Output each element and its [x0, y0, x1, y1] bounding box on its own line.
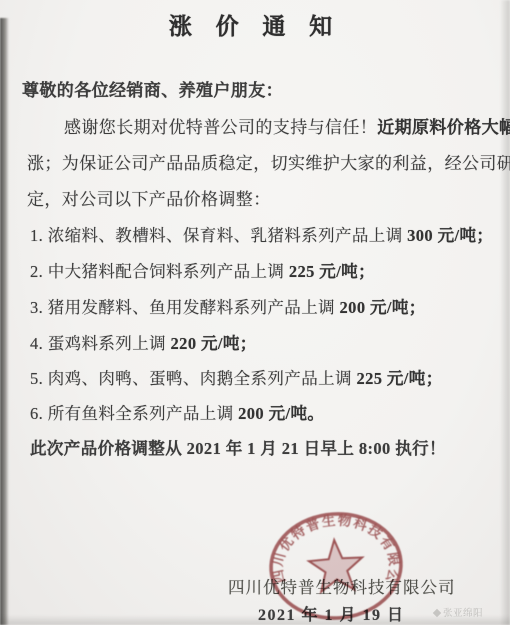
price-item-2-text: 2. 中大猪料配合饲料系列产品上调: [30, 262, 289, 281]
price-item-2-amount: 225 元/吨；: [289, 262, 375, 281]
price-item-4: 4. 蛋鸡料系列上调 220 元/吨；: [30, 330, 257, 354]
paragraph-line-1: 感谢您长期对优特普公司的支持与信任！近期原料价格大幅上: [64, 113, 510, 138]
price-item-5-text: 5. 肉鸡、肉鸭、蛋鸭、肉鹅全系列产品上调: [30, 369, 356, 388]
price-item-3: 3. 猪用发酵料、鱼用发酵料系列产品上调 200 元/吨；: [30, 294, 426, 318]
price-item-4-amount: 220 元/吨；: [171, 334, 257, 353]
price-item-1: 1. 浓缩料、教槽料、保育料、乳猪料系列产品上调 300 元/吨；: [30, 222, 493, 246]
price-notice-photo: 涨 价 通 知 尊敬的各位经销商、养殖户朋友： 感谢您长期对优特普公司的支持与信…: [0, 0, 510, 625]
price-item-5: 5. 肉鸡、肉鸭、蛋鸭、肉鹅全系列产品上调 225 元/吨；: [30, 365, 443, 389]
photo-edge-left: [0, 18, 9, 625]
price-item-1-amount: 300 元/吨；: [407, 226, 493, 245]
price-item-5-amount: 225 元/吨；: [356, 369, 442, 388]
price-item-1-text: 1. 浓缩料、教槽料、保育料、乳猪料系列产品上调: [30, 226, 407, 245]
seal-star-icon: [308, 538, 365, 592]
company-seal-stamp: 四川优特普生物科技有限公司: [262, 504, 410, 625]
price-item-6-amount: 200 元/吨。: [238, 404, 324, 423]
notice-title: 涨 价 通 知: [0, 8, 510, 41]
price-item-3-amount: 200 元/吨；: [340, 298, 426, 317]
greeting-line: 尊敬的各位经销商、养殖户朋友：: [22, 76, 283, 101]
paragraph-line-3: 定，对公司以下产品价格调整：: [27, 185, 271, 210]
price-item-6-text: 6. 所有鱼料全系列产品上调: [30, 404, 238, 423]
watermark-text: 张亚绵阳: [443, 608, 483, 619]
price-item-4-text: 4. 蛋鸡料系列上调: [30, 334, 171, 353]
effective-date-line: 此次产品价格调整从 2021 年 1 月 21 日早上 8:00 执行！: [30, 435, 446, 459]
paragraph-line-2: 涨；为保证公司产品品质稳定，切实维护大家的利益，经公司研究决: [27, 149, 510, 174]
photo-edge-right: [500, 0, 510, 625]
paragraph-line-1-normal: 感谢您长期对优特普公司的支持与信任！: [64, 118, 377, 137]
paragraph-line-1-bold: 近期原料价格大幅上: [377, 118, 510, 137]
watermark-logo-icon: [433, 609, 441, 617]
watermark: 张亚绵阳: [434, 605, 483, 619]
price-item-6: 6. 所有鱼料全系列产品上调 200 元/吨。: [30, 400, 324, 424]
price-item-3-text: 3. 猪用发酵料、鱼用发酵料系列产品上调: [30, 298, 340, 317]
price-item-2: 2. 中大猪料配合饲料系列产品上调 225 元/吨；: [30, 258, 375, 282]
